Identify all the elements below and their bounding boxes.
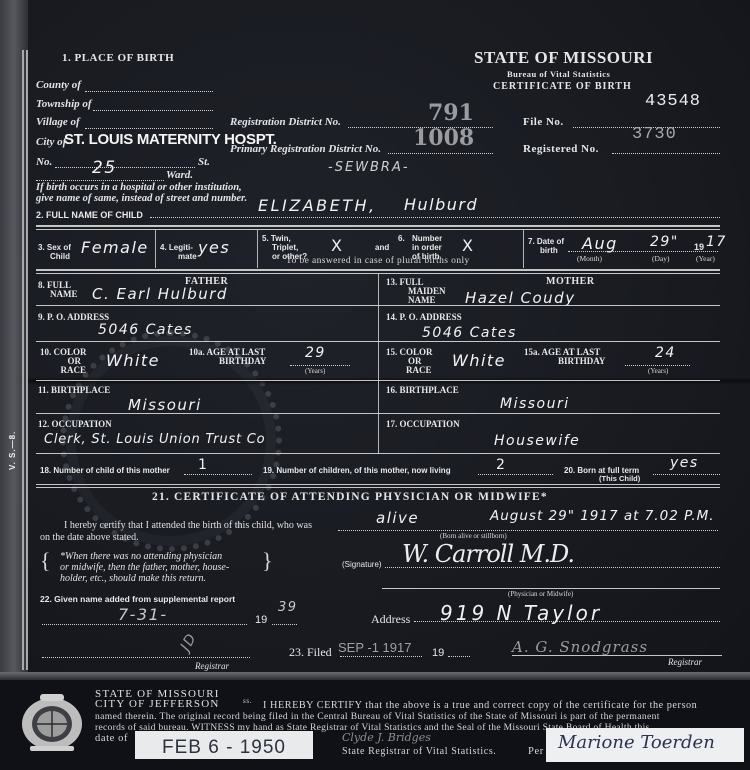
- divider: [36, 269, 720, 271]
- registration-district-value: 791: [428, 100, 474, 126]
- column-divider: [378, 274, 379, 454]
- child-name-label: 2. FULL NAME OF CHILD: [36, 211, 143, 220]
- registrar-initials: JD: [178, 630, 201, 654]
- street-suffix-label: St.: [198, 156, 210, 168]
- father-address-value: 5046 Cates: [98, 322, 193, 338]
- physician-heading: 21. CERTIFICATE OF ATTENDING PHYSICIAN O…: [152, 491, 548, 503]
- registered-no-value: 3730: [632, 125, 677, 144]
- twin-value: X: [331, 236, 343, 255]
- divider: [36, 484, 720, 485]
- divider: [36, 341, 378, 342]
- given-name-date-field: [42, 624, 247, 625]
- missouri-seal-icon: [16, 688, 88, 756]
- mother-occupation-label: 17. OCCUPATION: [386, 420, 460, 429]
- father-age-value: 29: [305, 345, 326, 361]
- street-no-value: 25: [92, 158, 117, 178]
- date-of-birth-label: 7. Date ofbirth: [528, 237, 564, 255]
- physician-caption: (Physician or Midwife): [508, 590, 573, 598]
- certificate-title: CERTIFICATE OF BIRTH: [493, 81, 632, 92]
- cert-line-2: named therein. The original record being…: [95, 711, 660, 722]
- month-caption: (Month): [577, 254, 602, 263]
- given-name-date-value: 7-31-: [118, 605, 168, 624]
- county-label: County of: [36, 79, 81, 91]
- date-of-label: date of: [95, 733, 128, 744]
- margin-strip: [0, 0, 28, 680]
- certify-text: I hereby certify that I attended the bir…: [64, 520, 312, 531]
- child-number-label: 18. Number of child of this mother: [40, 466, 170, 475]
- divider: [378, 380, 720, 381]
- dob-day: 29": [650, 234, 679, 250]
- township-field: [93, 110, 213, 111]
- village-field: [85, 128, 213, 129]
- legitimate-value: yes: [198, 238, 230, 257]
- certify-text: on the date above stated.: [40, 532, 139, 543]
- divider: [36, 413, 378, 414]
- certification-date-stamp: FEB 6 - 1950: [135, 731, 313, 759]
- sub-district-note: -SEWBRA-: [328, 160, 410, 175]
- filed-label: 23. Filed: [289, 645, 332, 660]
- margin-rule: [26, 50, 28, 670]
- dob-year: 17: [706, 234, 727, 250]
- this-child-caption: (This Child): [599, 474, 640, 483]
- father-birthplace-label: 11. BIRTHPLACE: [38, 386, 110, 395]
- state-registrar-title: State Registrar of Vital Statistics.: [342, 746, 496, 757]
- divider: [36, 305, 378, 306]
- day-caption: (Day): [652, 254, 670, 263]
- per-label: Per: [528, 746, 544, 757]
- physician-signature: W. Carroll M.D.: [402, 540, 574, 568]
- physician-address-label: Address: [371, 612, 410, 627]
- legitimate-label: 4. Legiti-mate: [160, 243, 197, 261]
- registrar-caption: Registrar: [668, 657, 702, 667]
- registered-no-label: Registered No.: [523, 143, 599, 155]
- note-brace-right: }: [262, 548, 273, 574]
- per-signature-box: Marione Toerden: [546, 728, 744, 762]
- primary-registration-value: 1008: [413, 125, 474, 151]
- given-name-year-prefix: 19: [255, 614, 267, 626]
- full-term-field: [653, 474, 720, 475]
- paper-edge: [0, 672, 750, 680]
- born-status-field: [338, 530, 718, 531]
- and-label: and: [375, 243, 389, 252]
- institution-note: give name of same, instead of street and…: [36, 193, 247, 204]
- sex-label: 3. Sex ofChild: [38, 243, 71, 261]
- dob-month: Aug: [582, 234, 618, 253]
- child-name-field: [150, 217, 720, 218]
- full-term-value: yes: [670, 455, 699, 471]
- father-birthplace-value: Missouri: [128, 396, 202, 414]
- mother-race-label: 15. COLORORRACE: [386, 348, 433, 375]
- no-physician-note: *When there was no attending physicianor…: [60, 551, 229, 584]
- village-label: Village of: [36, 116, 80, 128]
- father-race-label: 10. COLORORRACE: [40, 348, 87, 375]
- registration-district-label: Registration District No.: [230, 116, 341, 128]
- father-age-label: 10a. AGE AT LASTBIRTHDAY: [189, 348, 266, 366]
- born-status-value: alive: [376, 509, 419, 527]
- physician-address-value: 919 N Taylor: [440, 601, 602, 625]
- street-field: [55, 167, 195, 168]
- birth-datetime-value: August 29" 1917 at 7.02 P.M.: [490, 508, 715, 524]
- registrar-signature: A. G. Snodgrass: [512, 638, 648, 656]
- signature-label: (Signature): [342, 560, 382, 569]
- place-of-birth-heading: 1. PLACE OF BIRTH: [62, 52, 174, 64]
- divider: [36, 453, 720, 454]
- given-name-year-field: [272, 624, 297, 625]
- father-address-label: 9. P. O. ADDRESS: [38, 313, 109, 322]
- county-field: [85, 91, 213, 92]
- file-no-label: File No.: [523, 116, 564, 128]
- registered-no-field: [612, 153, 720, 154]
- township-label: Township of: [36, 98, 92, 110]
- divider: [378, 305, 720, 306]
- mother-age-value: 24: [655, 345, 676, 361]
- cell-divider: [155, 230, 156, 268]
- birth-certificate: V. S.—8. 1. PLACE OF BIRTH STATE OF MISS…: [0, 0, 750, 680]
- bureau-name: Bureau of Vital Statistics: [507, 69, 610, 79]
- child-first-name: ELIZABETH,: [258, 196, 377, 215]
- cert-line-1: I HEREBY CERTIFY that the above is a tru…: [263, 700, 697, 711]
- divider: [36, 229, 720, 230]
- mother-age-label: 15a. AGE AT LASTBIRTHDAY: [524, 348, 605, 366]
- filed-date-field: [340, 656, 422, 657]
- city-label: City of: [36, 136, 66, 148]
- children-living-value: 2: [496, 457, 506, 473]
- cert-ss: ss.: [243, 697, 252, 705]
- child-number-field: [184, 474, 252, 475]
- registrar-caption: Registrar: [195, 661, 229, 671]
- cell-divider: [257, 230, 258, 268]
- primary-registration-field: [388, 153, 493, 154]
- mother-heading: MOTHER: [546, 276, 595, 287]
- divider: [512, 655, 722, 656]
- divider: [36, 487, 720, 488]
- mother-address-value: 5046 Cates: [422, 325, 517, 341]
- form-code: V. S.—8.: [8, 431, 17, 470]
- child-last-name: Hulburd: [404, 195, 478, 214]
- institution-note: If birth occurs in a hospital or other i…: [36, 182, 242, 193]
- filed-date-value: SEP -1 1917: [338, 640, 411, 655]
- father-name-label: 8. FULLNAME: [38, 281, 78, 299]
- given-name-year-value: 39: [278, 600, 298, 615]
- years-caption: (Years): [648, 367, 668, 375]
- father-name-value: C. Earl Hulburd: [92, 285, 228, 303]
- order-value: X: [462, 236, 474, 255]
- file-no-value: 43548: [645, 92, 701, 111]
- dob-year-prefix: 19: [694, 243, 704, 252]
- divider: [378, 341, 720, 342]
- child-number-value: 1: [198, 457, 208, 473]
- plural-births-note: To be answered in case of plural births …: [286, 256, 470, 266]
- father-age-field: [290, 365, 350, 366]
- given-name-label: 22. Given name added from supplemental r…: [40, 595, 235, 604]
- per-signature: Marione Toerden: [558, 732, 715, 753]
- sex-value: Female: [81, 238, 149, 257]
- children-living-field: [478, 474, 553, 475]
- mother-address-label: 14. P. O. ADDRESS: [386, 313, 462, 322]
- street-no-label: No.: [36, 156, 52, 168]
- mother-occupation-value: Housewife: [494, 433, 580, 449]
- divider: [382, 588, 720, 589]
- mother-race-value: White: [452, 351, 506, 370]
- father-occupation-label: 12. OCCUPATION: [38, 420, 112, 429]
- years-caption: (Years): [305, 367, 325, 375]
- order-label: 6.: [398, 234, 405, 243]
- ward-field: [36, 180, 164, 181]
- filed-year-field: [448, 656, 470, 657]
- mother-age-field: [625, 365, 690, 366]
- paper-fold: [28, 377, 750, 385]
- cell-divider: [523, 230, 524, 268]
- father-race-value: White: [106, 351, 160, 370]
- year-caption: (Year): [696, 254, 715, 263]
- state-title: STATE OF MISSOURI: [474, 48, 653, 68]
- divider: [36, 225, 720, 227]
- filed-year-prefix: 19: [432, 647, 444, 659]
- divider: [378, 413, 720, 414]
- born-caption: (Born alive or stillborn): [440, 532, 507, 540]
- children-living-label: 19. Number of children, of this mother, …: [263, 466, 451, 475]
- cert-city-line: CITY OF JEFFERSON: [95, 698, 220, 710]
- supplemental-registrar-field: [42, 657, 250, 658]
- mother-name-label: 13. FULLMAIDENNAME: [386, 278, 446, 305]
- divider: [36, 380, 378, 381]
- primary-registration-label: Primary Registration District No.: [230, 143, 381, 155]
- mother-birthplace-value: Missouri: [500, 396, 570, 412]
- father-occupation-value: Clerk, St. Louis Union Trust Co: [44, 432, 265, 447]
- note-brace-left: {: [40, 548, 51, 574]
- mother-birthplace-label: 16. BIRTHPLACE: [386, 386, 459, 395]
- state-registrar-signature: Clyde J. Bridges: [342, 731, 431, 744]
- ward-label: Ward.: [166, 169, 193, 181]
- margin-rule: [22, 50, 24, 670]
